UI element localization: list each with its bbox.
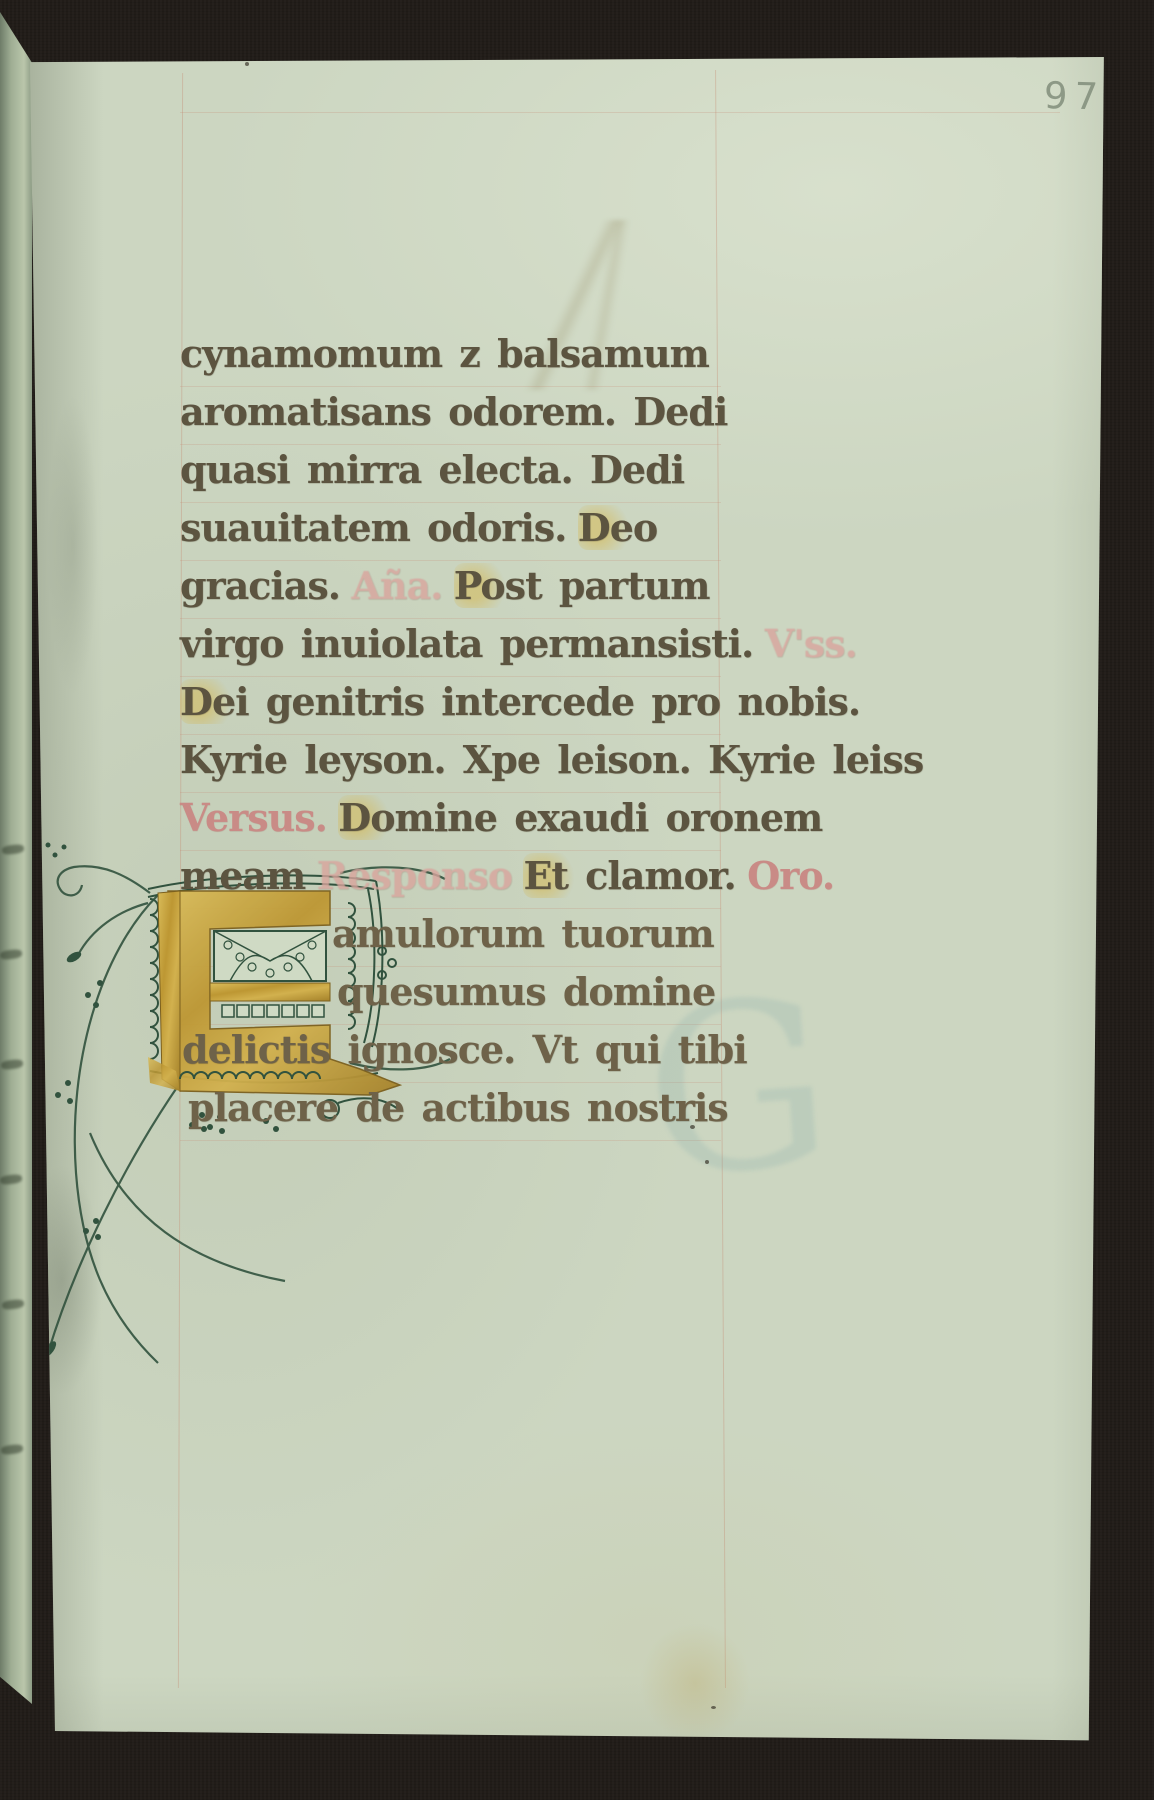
text-segment-ink: Kyrie leyson. Xpe leison. Kyrie leiss xyxy=(180,737,923,782)
manuscript-line: meamResponsoEt clamor.Oro. xyxy=(180,847,935,905)
text-segment-ink: suauitatem odoris. xyxy=(180,505,566,550)
text-segment-ink: amulorum tuorum xyxy=(332,911,714,956)
speck xyxy=(711,1706,716,1709)
stain xyxy=(48,395,98,695)
speck xyxy=(705,1160,709,1164)
manuscript-line: Dei genitris intercede pro nobis. xyxy=(180,673,935,731)
manuscript-line: Versus.Domine exaudi oronem xyxy=(180,789,935,847)
stain xyxy=(640,1623,750,1743)
manuscript-page: 97 G F xyxy=(28,55,1106,1742)
text-segment-rubric: Oro. xyxy=(747,853,834,898)
manuscript-line: suauitatem odoris.Deo xyxy=(180,499,935,557)
facing-page-text-fragment xyxy=(1,1444,24,1456)
facing-page-text-fragment xyxy=(0,1174,22,1186)
ruling-horizontal-top xyxy=(180,112,1060,113)
photograph-black-backdrop: { "folio_number": "97", "manuscript": { … xyxy=(0,0,1154,1800)
manuscript-line: aromatisans odorem. Dedi xyxy=(180,383,935,441)
text-block: cynamomum z balsamumaromatisans odorem. … xyxy=(180,325,935,1137)
facing-page-text-fragment xyxy=(1,1059,24,1071)
text-segment-ink: cynamomum z balsamum xyxy=(180,331,709,376)
speck xyxy=(245,62,249,66)
text-segment-rubric: Versus. xyxy=(180,795,327,840)
text-segment-ink: meam xyxy=(180,853,305,898)
manuscript-line: quasi mirra electa. Dedi xyxy=(180,441,935,499)
text-segment-gilt: Post partum xyxy=(454,563,710,608)
text-segment-gilt: Et clamor. xyxy=(523,853,735,898)
text-segment-gilt: Domine exaudi oronem xyxy=(338,795,822,840)
facing-page-edge xyxy=(0,12,32,1704)
text-segment-ink: quasi mirra electa. Dedi xyxy=(180,447,684,492)
facing-page-text-fragment xyxy=(2,844,25,856)
text-segment-ink: gracias. xyxy=(180,563,340,608)
text-segment-gilt: Dei genitris intercede pro nobis. xyxy=(180,679,860,724)
manuscript-line: placere de actibus nostris xyxy=(188,1079,935,1137)
text-segment-rubric2: V'ss. xyxy=(765,621,857,666)
manuscript-line: delictis ignosce. Vt qui tibi xyxy=(182,1021,935,1079)
text-segment-gilt: Deo xyxy=(578,505,657,550)
text-segment-rubric2: Responso xyxy=(317,853,512,898)
manuscript-line: cynamomum z balsamum xyxy=(180,325,935,383)
text-segment-ink: quesumus domine xyxy=(337,969,715,1014)
manuscript-line: gracias.Aña.Post partum xyxy=(180,557,935,615)
manuscript-line: quesumus domine xyxy=(337,963,935,1021)
text-segment-rubric2: Aña. xyxy=(351,563,442,608)
text-segment-ink: placere de actibus nostris xyxy=(188,1085,728,1130)
facing-page-text-fragment xyxy=(0,949,22,961)
text-segment-ink: virgo inuiolata permansisti. xyxy=(180,621,753,666)
folio-number: 97 xyxy=(1043,74,1124,119)
manuscript-line: Kyrie leyson. Xpe leison. Kyrie leiss xyxy=(180,731,935,789)
manuscript-line: virgo inuiolata permansisti.V'ss. xyxy=(180,615,935,673)
text-segment-ink: aromatisans odorem. Dedi xyxy=(180,389,727,434)
manuscript-line: amulorum tuorum xyxy=(332,905,935,963)
text-segment-ink: delictis ignosce. Vt qui tibi xyxy=(182,1027,747,1072)
facing-page-text-fragment xyxy=(2,1299,25,1311)
